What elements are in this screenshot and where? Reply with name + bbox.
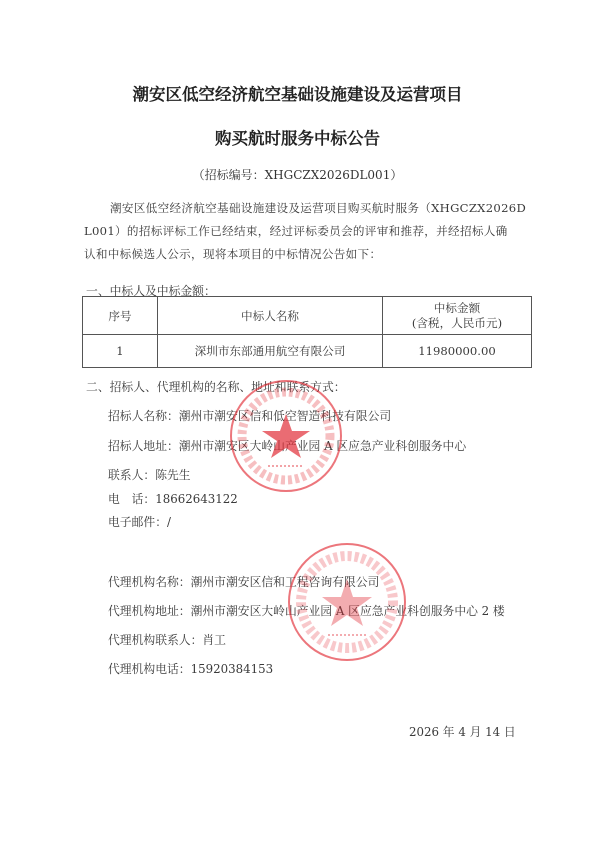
agency-name: 代理机构名称：潮州市潮安区信和工程咨询有限公司 <box>108 573 379 590</box>
agency-phone: 代理机构电话：15920384153 <box>108 660 273 677</box>
cell-winner-name: 深圳市东部通用航空有限公司 <box>158 335 383 368</box>
agency-address: 代理机构地址：潮州市潮安区大岭山产业园 A 区应急产业科创服务中心 2 楼 <box>108 602 505 619</box>
section-2-heading: 二、招标人、代理机构的名称、地址和联系方式： <box>86 378 346 395</box>
table-header-row: 序号 中标人名称 中标金额 (含税，人民币元) <box>83 297 532 335</box>
header-amount-line-2: (含税，人民币元) <box>383 316 531 331</box>
tenderer-phone: 电 话：18662643122 <box>108 490 238 507</box>
agency-contact: 代理机构联系人：肖工 <box>108 631 226 648</box>
cell-amount: 11980000.00 <box>383 335 532 368</box>
intro-line-2: L001）的招标评标工作已经结束，经过评标委员会的评审和推荐，并经招标人确 <box>84 223 508 239</box>
tenderer-contact: 联系人：陈先生 <box>108 466 191 483</box>
table-row: 1 深圳市东部通用航空有限公司 11980000.00 <box>83 335 532 368</box>
header-winner-name: 中标人名称 <box>158 297 383 335</box>
cell-index: 1 <box>83 335 158 368</box>
intro-line-3: 认和中标候选人公示，现将本项目的中标情况公告如下： <box>84 246 381 262</box>
tenderer-name: 招标人名称：潮州市潮安区信和低空智造科技有限公司 <box>108 407 391 424</box>
title-line-2: 购买航时服务中标公告 <box>0 125 595 149</box>
intro-line-1: 潮安区低空经济航空基础设施建设及运营项目购买航时服务（XHGCZX2026D <box>110 200 526 216</box>
tenderer-address: 招标人地址：潮州市潮安区大岭山产业园 A 区应急产业科创服务中心 <box>108 437 466 454</box>
header-amount-line-1: 中标金额 <box>383 301 531 316</box>
tenderer-email: 电子邮件：/ <box>108 513 171 530</box>
tenderer-seal-stamp <box>230 380 342 492</box>
header-index: 序号 <box>83 297 158 335</box>
award-table: 序号 中标人名称 中标金额 (含税，人民币元) 1 深圳市东部通用航空有限公司 … <box>82 296 532 368</box>
star-icon <box>232 382 340 490</box>
title-line-1: 潮安区低空经济航空基础设施建设及运营项目 <box>0 81 595 105</box>
header-amount: 中标金额 (含税，人民币元) <box>383 297 532 335</box>
announcement-date: 2026 年 4 月 14 日 <box>409 723 516 740</box>
bid-number: （招标编号：XHGCZX2026DL001） <box>0 166 595 183</box>
